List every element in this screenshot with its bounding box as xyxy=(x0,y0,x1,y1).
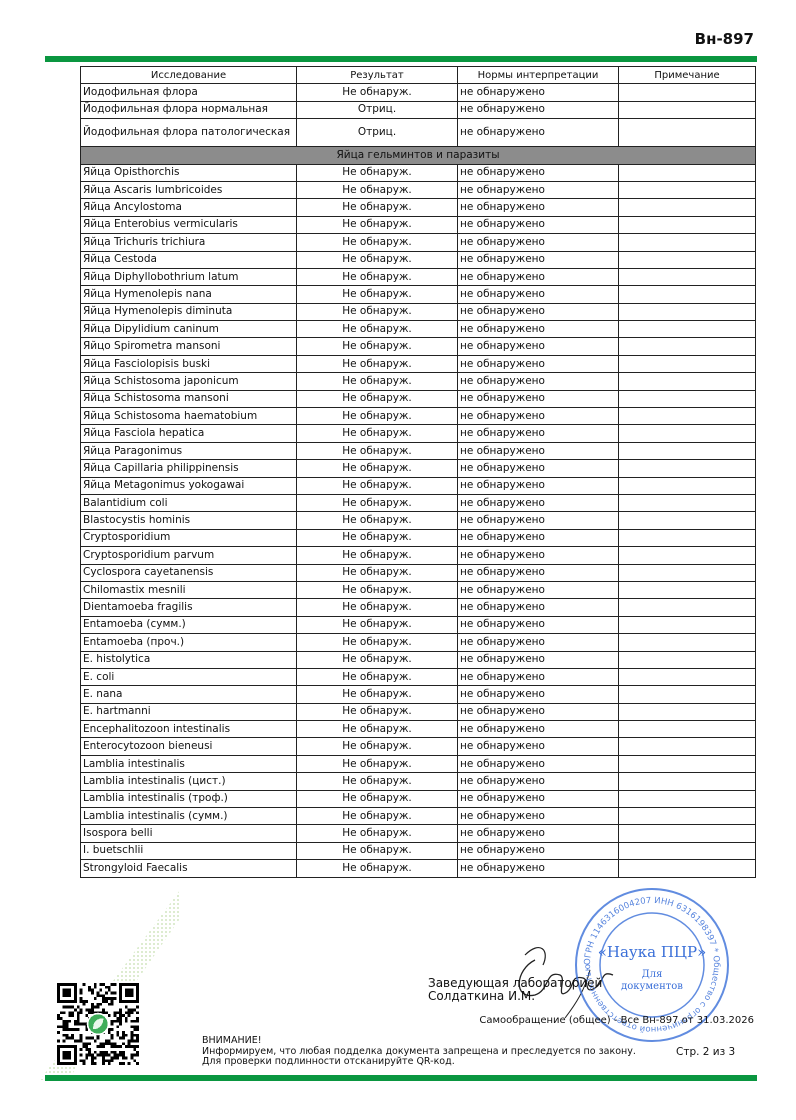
signer-name: Солдаткина И.М. xyxy=(428,990,602,1003)
note-cell xyxy=(619,616,756,633)
table-row: Яйца Ascaris lumbricoidesНе обнаруж.не о… xyxy=(81,181,756,198)
norm-cell: не обнаружено xyxy=(458,721,619,738)
norm-cell: не обнаружено xyxy=(458,790,619,807)
result-cell: Не обнаруж. xyxy=(297,355,458,372)
study-cell: Яйца Diphyllobothrium latum xyxy=(81,268,297,285)
result-cell: Не обнаруж. xyxy=(297,84,458,101)
study-cell: I. buetschlii xyxy=(81,842,297,859)
norm-cell: не обнаружено xyxy=(458,825,619,842)
document-id: Вн-897 xyxy=(695,30,754,48)
result-cell: Не обнаруж. xyxy=(297,616,458,633)
note-cell xyxy=(619,808,756,825)
note-cell xyxy=(619,460,756,477)
result-cell: Не обнаруж. xyxy=(297,721,458,738)
norm-cell: не обнаружено xyxy=(458,286,619,303)
norm-cell: не обнаружено xyxy=(458,773,619,790)
order-info: Самообращение (общее) - Все Вн-897 от 31… xyxy=(479,1015,754,1026)
stamp-center-name: «Наука ПЦР» xyxy=(598,943,707,961)
note-cell xyxy=(619,755,756,772)
note-cell xyxy=(619,251,756,268)
table-row: Яйца Schistosoma mansoniНе обнаруж.не об… xyxy=(81,390,756,407)
note-cell xyxy=(619,686,756,703)
signer-block: Заведующая лабораторией Солдаткина И.М. xyxy=(428,977,602,1003)
result-cell: Не обнаруж. xyxy=(297,651,458,668)
study-cell: Enterocytozoon bieneusi xyxy=(81,738,297,755)
result-cell: Не обнаруж. xyxy=(297,442,458,459)
norm-cell: не обнаружено xyxy=(458,321,619,338)
column-header-result: Результат xyxy=(297,67,458,84)
result-cell: Не обнаруж. xyxy=(297,181,458,198)
norm-cell: не обнаружено xyxy=(458,268,619,285)
note-cell xyxy=(619,425,756,442)
result-cell: Не обнаруж. xyxy=(297,408,458,425)
norm-cell: не обнаружено xyxy=(458,512,619,529)
study-cell: Lamblia intestinalis (троф.) xyxy=(81,790,297,807)
norm-cell: не обнаружено xyxy=(458,547,619,564)
study-cell: Lamblia intestinalis (сумм.) xyxy=(81,808,297,825)
table-row: I. buetschliiНе обнаруж.не обнаружено xyxy=(81,842,756,859)
norm-cell: не обнаружено xyxy=(458,581,619,598)
study-cell: Яйца Schistosoma haematobium xyxy=(81,408,297,425)
note-cell xyxy=(619,703,756,720)
norm-cell: не обнаружено xyxy=(458,338,619,355)
result-cell: Не обнаруж. xyxy=(297,268,458,285)
study-cell: Яйца Schistosoma japonicum xyxy=(81,373,297,390)
result-cell: Не обнаруж. xyxy=(297,755,458,772)
study-cell: Entamoeba (проч.) xyxy=(81,634,297,651)
norm-cell: не обнаружено xyxy=(458,84,619,101)
note-cell xyxy=(619,84,756,101)
result-cell: Не обнаруж. xyxy=(297,547,458,564)
result-cell: Не обнаруж. xyxy=(297,581,458,598)
page-number: Стр. 2 из 3 xyxy=(676,1046,735,1058)
note-cell xyxy=(619,119,756,147)
table-row: Entamoeba (проч.)Не обнаруж.не обнаружен… xyxy=(81,634,756,651)
bottom-green-divider xyxy=(45,1075,757,1081)
warning-title: ВНИМАНИЕ! xyxy=(202,1036,636,1047)
column-header-study: Исследование xyxy=(81,67,297,84)
note-cell xyxy=(619,651,756,668)
study-cell: Яйца Trichuris trichiura xyxy=(81,234,297,251)
study-cell: Яйца Schistosoma mansoni xyxy=(81,390,297,407)
result-cell: Не обнаруж. xyxy=(297,373,458,390)
note-cell xyxy=(619,790,756,807)
result-cell: Не обнаруж. xyxy=(297,668,458,685)
norm-cell: не обнаружено xyxy=(458,101,619,118)
note-cell xyxy=(619,721,756,738)
study-cell: Яйцо Spirometra mansoni xyxy=(81,338,297,355)
norm-cell: не обнаружено xyxy=(458,199,619,216)
study-cell: Яйца Enterobius vermicularis xyxy=(81,216,297,233)
table-row: E. hartmanniНе обнаруж.не обнаружено xyxy=(81,703,756,720)
result-cell: Не обнаруж. xyxy=(297,477,458,494)
note-cell xyxy=(619,234,756,251)
result-cell: Отриц. xyxy=(297,101,458,118)
note-cell xyxy=(619,842,756,859)
table-row: Balantidium coliНе обнаруж.не обнаружено xyxy=(81,494,756,511)
result-cell: Отриц. xyxy=(297,119,458,147)
table-row: Strongyloid FaecalisНе обнаруж.не обнару… xyxy=(81,860,756,877)
norm-cell: не обнаружено xyxy=(458,494,619,511)
norm-cell: не обнаружено xyxy=(458,355,619,372)
study-cell: Entamoeba (сумм.) xyxy=(81,616,297,633)
study-cell: Balantidium coli xyxy=(81,494,297,511)
study-cell: Яйца Ascaris lumbricoides xyxy=(81,181,297,198)
stamp-center-sub2: документов xyxy=(621,981,683,992)
note-cell xyxy=(619,338,756,355)
note-cell xyxy=(619,825,756,842)
result-cell: Не обнаруж. xyxy=(297,512,458,529)
table-row: Cyclospora cayetanensisНе обнаруж.не обн… xyxy=(81,564,756,581)
note-cell xyxy=(619,268,756,285)
table-row: Яйца Fasciolopisis buskiНе обнаруж.не об… xyxy=(81,355,756,372)
note-cell xyxy=(619,738,756,755)
result-cell: Не обнаруж. xyxy=(297,390,458,407)
table-row: Яйцо Spirometra mansoniНе обнаруж.не обн… xyxy=(81,338,756,355)
note-cell xyxy=(619,286,756,303)
result-cell: Не обнаруж. xyxy=(297,494,458,511)
study-cell: E. coli xyxy=(81,668,297,685)
results-table: Исследование Результат Нормы интерпретац… xyxy=(80,66,756,878)
study-cell: E. hartmanni xyxy=(81,703,297,720)
study-cell: Chilomastix mesnili xyxy=(81,581,297,598)
note-cell xyxy=(619,303,756,320)
norm-cell: не обнаружено xyxy=(458,755,619,772)
result-cell: Не обнаруж. xyxy=(297,860,458,877)
column-header-note: Примечание xyxy=(619,67,756,84)
note-cell xyxy=(619,442,756,459)
note-cell xyxy=(619,199,756,216)
note-cell xyxy=(619,216,756,233)
norm-cell: не обнаружено xyxy=(458,860,619,877)
norm-cell: не обнаружено xyxy=(458,442,619,459)
table-row: Яйца ParagonimusНе обнаруж.не обнаружено xyxy=(81,442,756,459)
norm-cell: не обнаружено xyxy=(458,164,619,181)
result-cell: Не обнаруж. xyxy=(297,703,458,720)
table-row: Яйца Diphyllobothrium latumНе обнаруж.не… xyxy=(81,268,756,285)
result-cell: Не обнаруж. xyxy=(297,529,458,546)
study-cell: Яйца Cestoda xyxy=(81,251,297,268)
note-cell xyxy=(619,547,756,564)
table-row: Яйца CestodaНе обнаруж.не обнаружено xyxy=(81,251,756,268)
result-cell: Не обнаруж. xyxy=(297,303,458,320)
table-row: Яйца Dipylidium caninumНе обнаруж.не обн… xyxy=(81,321,756,338)
note-cell xyxy=(619,668,756,685)
table-row: Encephalitozoon intestinalisНе обнаруж.н… xyxy=(81,721,756,738)
note-cell xyxy=(619,599,756,616)
study-cell: Яйца Fasciola hepatica xyxy=(81,425,297,442)
result-cell: Не обнаруж. xyxy=(297,599,458,616)
norm-cell: не обнаружено xyxy=(458,181,619,198)
result-cell: Не обнаруж. xyxy=(297,738,458,755)
table-row: Яйца Schistosoma japonicumНе обнаруж.не … xyxy=(81,373,756,390)
norm-cell: не обнаружено xyxy=(458,651,619,668)
table-row: Яйца AncylostomaНе обнаруж.не обнаружено xyxy=(81,199,756,216)
study-cell: Cyclospora cayetanensis xyxy=(81,564,297,581)
norm-cell: не обнаружено xyxy=(458,373,619,390)
norm-cell: не обнаружено xyxy=(458,390,619,407)
study-cell: E. nana xyxy=(81,686,297,703)
table-row: Dientamoeba fragilisНе обнаруж.не обнару… xyxy=(81,599,756,616)
study-cell: Cryptosporidium parvum xyxy=(81,547,297,564)
study-cell: E. histolytica xyxy=(81,651,297,668)
norm-cell: не обнаружено xyxy=(458,564,619,581)
result-cell: Не обнаруж. xyxy=(297,321,458,338)
study-cell: Иодофильная флора xyxy=(81,84,297,101)
table-row: Йодофильная флора нормальнаяОтриц.не обн… xyxy=(81,101,756,118)
table-row: Lamblia intestinalis (троф.)Не обнаруж.н… xyxy=(81,790,756,807)
norm-cell: не обнаружено xyxy=(458,703,619,720)
norm-cell: не обнаружено xyxy=(458,686,619,703)
note-cell xyxy=(619,512,756,529)
table-row: Яйца OpisthorchisНе обнаруж.не обнаружен… xyxy=(81,164,756,181)
table-row: Яйца Trichuris trichiuraНе обнаруж.не об… xyxy=(81,234,756,251)
result-cell: Не обнаруж. xyxy=(297,338,458,355)
table-row: Йодофильная флора патологическаяОтриц.не… xyxy=(81,119,756,147)
result-cell: Не обнаруж. xyxy=(297,825,458,842)
result-cell: Не обнаруж. xyxy=(297,564,458,581)
norm-cell: не обнаружено xyxy=(458,425,619,442)
table-row: Isospora belliНе обнаруж.не обнаружено xyxy=(81,825,756,842)
table-row: Enterocytozoon bieneusiНе обнаруж.не обн… xyxy=(81,738,756,755)
table-row: Entamoeba (сумм.)Не обнаруж.не обнаружен… xyxy=(81,616,756,633)
result-cell: Не обнаруж. xyxy=(297,199,458,216)
note-cell xyxy=(619,164,756,181)
norm-cell: не обнаружено xyxy=(458,529,619,546)
table-row: Lamblia intestinalis (сумм.)Не обнаруж.н… xyxy=(81,808,756,825)
result-cell: Не обнаруж. xyxy=(297,773,458,790)
table-row: Яйца Fasciola hepaticaНе обнаруж.не обна… xyxy=(81,425,756,442)
norm-cell: не обнаружено xyxy=(458,119,619,147)
result-cell: Не обнаруж. xyxy=(297,216,458,233)
table-row: E. nanaНе обнаруж.не обнаружено xyxy=(81,686,756,703)
table-row: E. coliНе обнаруж.не обнаружено xyxy=(81,668,756,685)
norm-cell: не обнаружено xyxy=(458,738,619,755)
table-row: Яйца Schistosoma haematobiumНе обнаруж.н… xyxy=(81,408,756,425)
top-green-divider xyxy=(45,56,757,62)
table-row: Cryptosporidium parvumНе обнаруж.не обна… xyxy=(81,547,756,564)
warning-block: ВНИМАНИЕ! Информируем, что любая подделк… xyxy=(202,1036,636,1068)
section-header-row: Яйца гельминтов и паразиты xyxy=(81,147,756,164)
study-cell: Яйца Paragonimus xyxy=(81,442,297,459)
result-cell: Не обнаруж. xyxy=(297,808,458,825)
section-title: Яйца гельминтов и паразиты xyxy=(81,147,756,164)
result-cell: Не обнаруж. xyxy=(297,234,458,251)
column-header-norms: Нормы интерпретации xyxy=(458,67,619,84)
table-row: Иодофильная флораНе обнаруж.не обнаружен… xyxy=(81,84,756,101)
norm-cell: не обнаружено xyxy=(458,234,619,251)
table-row: Яйца Hymenolepis diminutaНе обнаруж.не о… xyxy=(81,303,756,320)
table-row: Blastocystis hominisНе обнаруж.не обнару… xyxy=(81,512,756,529)
note-cell xyxy=(619,494,756,511)
result-cell: Не обнаруж. xyxy=(297,425,458,442)
study-cell: Lamblia intestinalis xyxy=(81,755,297,772)
study-cell: Яйца Opisthorchis xyxy=(81,164,297,181)
study-cell: Яйца Capillaria philippinensis xyxy=(81,460,297,477)
study-cell: Яйца Ancylostoma xyxy=(81,199,297,216)
norm-cell: не обнаружено xyxy=(458,599,619,616)
study-cell: Яйца Hymenolepis nana xyxy=(81,286,297,303)
qr-code[interactable] xyxy=(57,983,139,1065)
study-cell: Яйца Dipylidium caninum xyxy=(81,321,297,338)
study-cell: Blastocystis hominis xyxy=(81,512,297,529)
table-row: Яйца Hymenolepis nanaНе обнаруж.не обнар… xyxy=(81,286,756,303)
study-cell: Strongyloid Faecalis xyxy=(81,860,297,877)
table-row: Chilomastix mesniliНе обнаруж.не обнаруж… xyxy=(81,581,756,598)
note-cell xyxy=(619,373,756,390)
norm-cell: не обнаружено xyxy=(458,460,619,477)
note-cell xyxy=(619,773,756,790)
result-cell: Не обнаруж. xyxy=(297,251,458,268)
result-cell: Не обнаруж. xyxy=(297,286,458,303)
norm-cell: не обнаружено xyxy=(458,477,619,494)
table-row: Яйца Capillaria philippinensisНе обнаруж… xyxy=(81,460,756,477)
study-cell: Encephalitozoon intestinalis xyxy=(81,721,297,738)
warning-line-2: Для проверки подлинности отсканируйте QR… xyxy=(202,1057,636,1068)
note-cell xyxy=(619,408,756,425)
study-cell: Йодофильная флора нормальная xyxy=(81,101,297,118)
result-cell: Не обнаруж. xyxy=(297,790,458,807)
norm-cell: не обнаружено xyxy=(458,216,619,233)
study-cell: Lamblia intestinalis (цист.) xyxy=(81,773,297,790)
result-cell: Не обнаруж. xyxy=(297,686,458,703)
stamp-center-sub1: Для xyxy=(642,969,663,980)
norm-cell: не обнаружено xyxy=(458,668,619,685)
study-cell: Йодофильная флора патологическая xyxy=(81,119,297,147)
note-cell xyxy=(619,564,756,581)
note-cell xyxy=(619,860,756,877)
note-cell xyxy=(619,355,756,372)
note-cell xyxy=(619,634,756,651)
study-cell: Яйца Hymenolepis diminuta xyxy=(81,303,297,320)
note-cell xyxy=(619,477,756,494)
table-row: Lamblia intestinalisНе обнаруж.не обнару… xyxy=(81,755,756,772)
norm-cell: не обнаружено xyxy=(458,408,619,425)
table-row: CryptosporidiumНе обнаруж.не обнаружено xyxy=(81,529,756,546)
note-cell xyxy=(619,321,756,338)
note-cell xyxy=(619,181,756,198)
result-cell: Не обнаруж. xyxy=(297,842,458,859)
norm-cell: не обнаружено xyxy=(458,616,619,633)
result-cell: Не обнаруж. xyxy=(297,164,458,181)
table-row: Яйца Enterobius vermicularisНе обнаруж.н… xyxy=(81,216,756,233)
norm-cell: не обнаружено xyxy=(458,842,619,859)
norm-cell: не обнаружено xyxy=(458,251,619,268)
result-cell: Не обнаруж. xyxy=(297,634,458,651)
study-cell: Isospora belli xyxy=(81,825,297,842)
table-row: E. histolyticaНе обнаруж.не обнаружено xyxy=(81,651,756,668)
study-cell: Cryptosporidium xyxy=(81,529,297,546)
study-cell: Яйца Metagonimus yokogawai xyxy=(81,477,297,494)
note-cell xyxy=(619,101,756,118)
result-cell: Не обнаруж. xyxy=(297,460,458,477)
table-header-row: Исследование Результат Нормы интерпретац… xyxy=(81,67,756,84)
note-cell xyxy=(619,390,756,407)
norm-cell: не обнаружено xyxy=(458,634,619,651)
table-row: Lamblia intestinalis (цист.)Не обнаруж.н… xyxy=(81,773,756,790)
note-cell xyxy=(619,529,756,546)
note-cell xyxy=(619,581,756,598)
norm-cell: не обнаружено xyxy=(458,808,619,825)
norm-cell: не обнаружено xyxy=(458,303,619,320)
study-cell: Dientamoeba fragilis xyxy=(81,599,297,616)
table-row: Яйца Metagonimus yokogawaiНе обнаруж.не … xyxy=(81,477,756,494)
study-cell: Яйца Fasciolopisis buski xyxy=(81,355,297,372)
